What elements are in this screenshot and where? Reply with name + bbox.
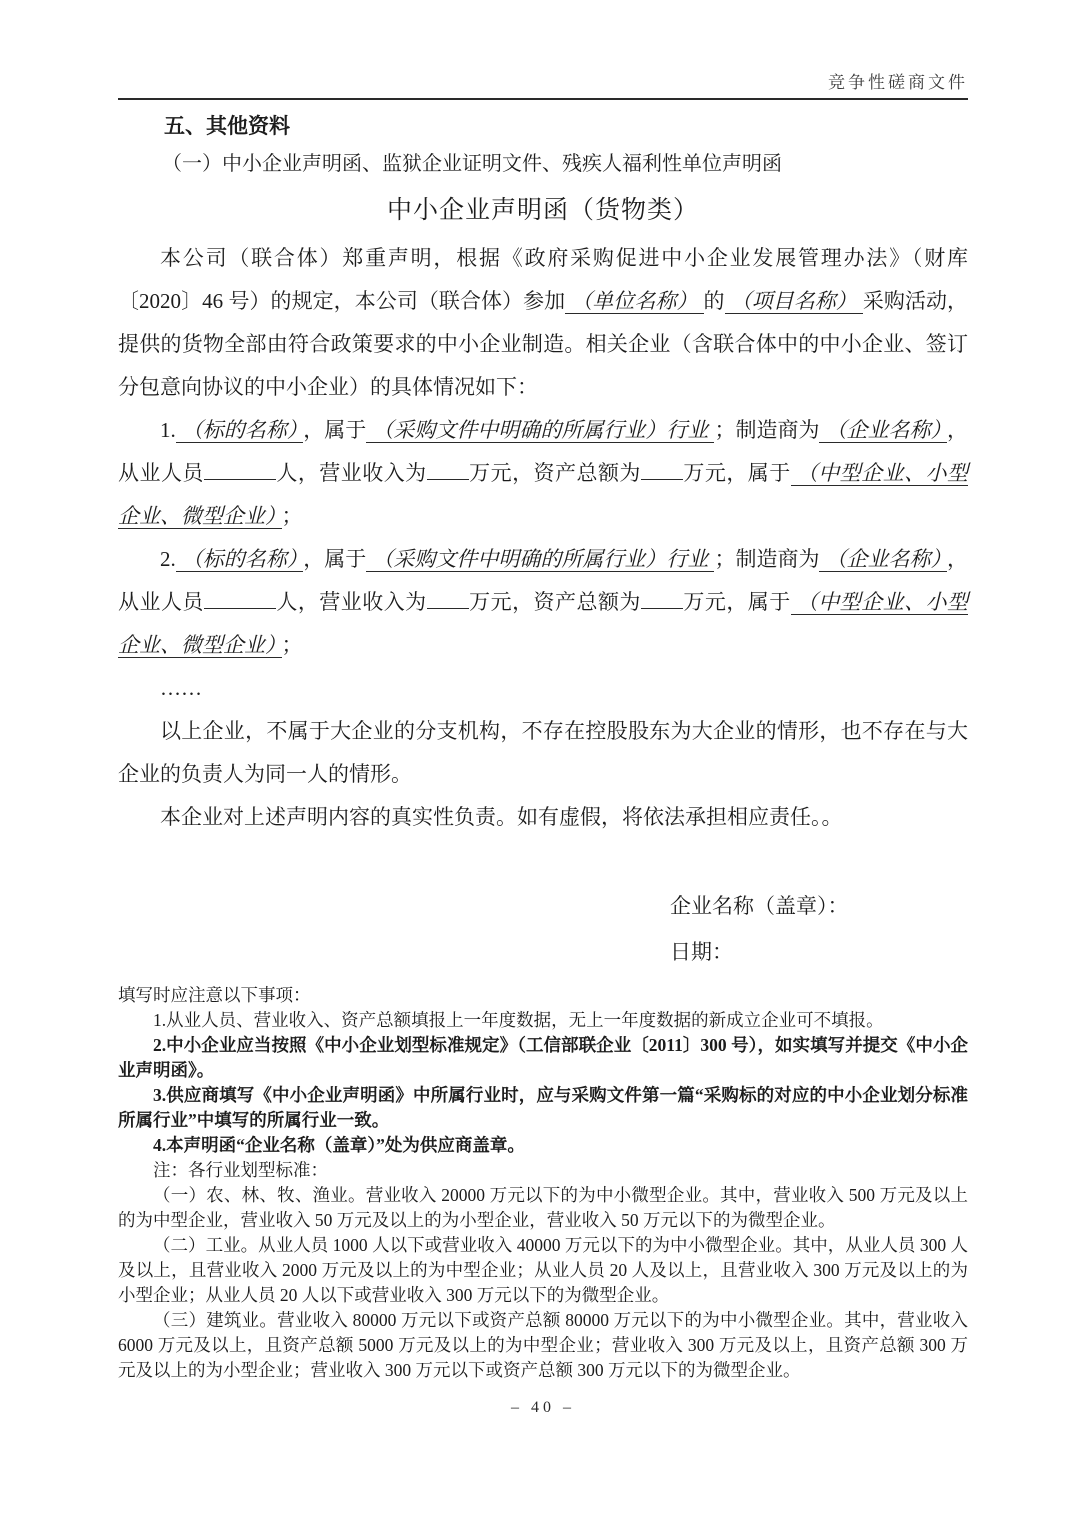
intro-text-2: 的 xyxy=(704,289,725,313)
item1-text-6: 万元，属于 xyxy=(683,461,791,485)
signature-date: 日期： xyxy=(670,929,968,975)
standard-agriculture: （一）农、林、牧、渔业。营业收入 20000 万元以下的为中小微型企业。其中，营… xyxy=(118,1183,968,1233)
item1-text-5: 万元，资产总额为 xyxy=(469,461,641,485)
declaration-item-2: 2.（标的名称），属于（采购文件中明确的所属行业）行业；制造商为（企业名称），从… xyxy=(118,538,968,667)
page-number: – 40 – xyxy=(118,1399,968,1417)
section-heading: 五、其他资料 xyxy=(118,113,968,140)
item1-text-7: ； xyxy=(282,504,303,528)
ellipsis-line: …… xyxy=(118,667,968,710)
fill-project-name: （项目名称） xyxy=(725,289,863,314)
signature-block: 企业名称（盖章）： 日期： xyxy=(670,883,968,975)
doc-type-label: 竞争性磋商文件 xyxy=(828,73,968,92)
form-title: 中小企业声明函（货物类） xyxy=(118,190,968,226)
blank-revenue xyxy=(427,588,469,609)
note-4: 4.本声明函“企业名称（盖章）”处为供应商盖章。 xyxy=(118,1133,968,1158)
blank-assets xyxy=(641,588,683,609)
standard-construction: （三）建筑业。营业收入 80000 万元以下或资产总额 80000 万元以下的为… xyxy=(118,1308,968,1383)
fill-subject-name: （标的名称） xyxy=(176,547,304,572)
document-header: 竞争性磋商文件 xyxy=(118,68,968,100)
paragraph-no-affiliation: 以上企业，不属于大企业的分支机构，不存在控股股东为大企业的情形，也不存在与大企业… xyxy=(118,710,968,796)
fill-unit-name: （单位名称） xyxy=(565,289,703,314)
declaration-intro: 本公司（联合体）郑重声明，根据《政府采购促进中小企业发展管理办法》（财库〔202… xyxy=(118,237,968,409)
notes-section: 填写时应注意以下事项： 1.从业人员、营业收入、资产总额填报上一年度数据，无上一… xyxy=(118,983,968,1383)
fill-company-name: （企业名称） xyxy=(819,547,947,572)
item2-text-5: 万元，资产总额为 xyxy=(469,590,641,614)
note-1: 1.从业人员、营业收入、资产总额填报上一年度数据，无上一年度数据的新成立企业可不… xyxy=(118,1008,968,1033)
item2-text-6: 万元，属于 xyxy=(683,590,791,614)
fill-company-name: （企业名称） xyxy=(819,418,947,443)
item2-number: 2. xyxy=(160,547,176,571)
item1-text-4: 人，营业收入为 xyxy=(276,461,427,485)
fill-industry: （采购文件中明确的所属行业）行业 xyxy=(366,418,714,443)
section-subheading: （一）中小企业声明函、监狱企业证明文件、残疾人福利性单位声明函 xyxy=(118,151,968,177)
industry-standards-label: 注：各行业划型标准： xyxy=(118,1158,968,1183)
item1-text-2: ；制造商为 xyxy=(714,418,819,442)
blank-employees xyxy=(204,588,276,609)
blank-revenue xyxy=(427,459,469,480)
declaration-item-1: 1.（标的名称），属于（采购文件中明确的所属行业）行业；制造商为（企业名称），从… xyxy=(118,409,968,538)
notes-intro: 填写时应注意以下事项： xyxy=(118,983,968,1008)
signature-company-seal: 企业名称（盖章）： xyxy=(670,883,968,929)
item1-number: 1. xyxy=(160,418,176,442)
document-page: 竞争性磋商文件 五、其他资料 （一）中小企业声明函、监狱企业证明文件、残疾人福利… xyxy=(0,0,1074,1520)
item2-text-1: ，属于 xyxy=(303,547,366,571)
item2-text-7: ； xyxy=(282,633,303,657)
blank-assets xyxy=(641,459,683,480)
item2-text-2: ；制造商为 xyxy=(714,547,819,571)
fill-industry: （采购文件中明确的所属行业）行业 xyxy=(366,547,714,572)
item2-text-4: 人，营业收入为 xyxy=(276,590,427,614)
note-2: 2.中小企业应当按照《中小企业划型标准规定》（工信部联企业〔2011〕300 号… xyxy=(118,1033,968,1083)
blank-employees xyxy=(204,459,276,480)
standard-industry: （二）工业。从业人员 1000 人以下或营业收入 40000 万元以下的为中小微… xyxy=(118,1233,968,1308)
fill-subject-name: （标的名称） xyxy=(176,418,304,443)
item1-text-1: ，属于 xyxy=(303,418,366,442)
paragraph-responsibility: 本企业对上述声明内容的真实性负责。如有虚假，将依法承担相应责任。。 xyxy=(118,796,968,839)
note-3: 3.供应商填写《中小企业声明函》中所属行业时，应与采购文件第一篇“采购标的对应的… xyxy=(118,1083,968,1133)
